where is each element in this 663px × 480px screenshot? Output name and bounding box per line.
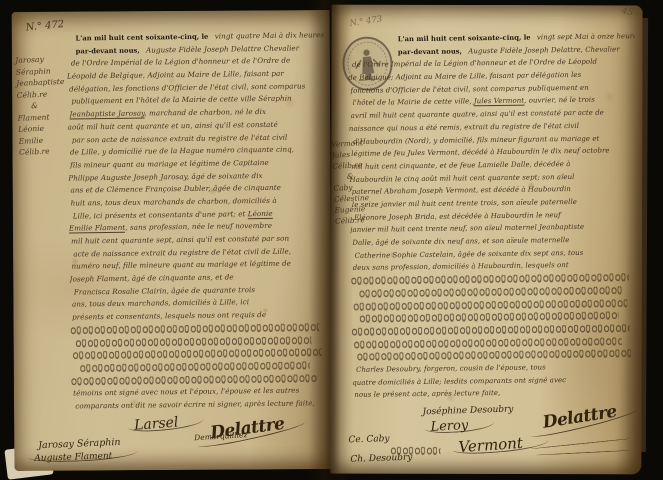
handwritten-line: comparants ont dit ne savoir écrire ni s… xyxy=(75,397,330,413)
corner-page-mark: 45 xyxy=(620,6,633,18)
margin-name: Jeanbaptiste xyxy=(16,76,68,90)
printed-opening: par-devant nous, xyxy=(398,47,462,56)
handwritten-date: vingt quatre Mai à dix heures du matin xyxy=(215,30,326,41)
line-text: , sans profession, née le neuf novembre xyxy=(125,221,272,232)
signature-flourish xyxy=(535,450,630,456)
record-number: N.° 472 xyxy=(25,19,64,34)
handwritten-line: nous le présent acte, après lecture fait… xyxy=(354,385,639,401)
bride-name-underlined: Emilie Flament xyxy=(69,223,125,234)
signature-groom: Vermont xyxy=(458,434,524,456)
act-text: L'an mil huit cent soixante-cinq, le vin… xyxy=(350,30,640,402)
officiant-name: Auguste Fidèle Joseph Delattre Chevalier xyxy=(146,43,299,54)
handwritten-date: vingt sept Mai à onze heures du matin xyxy=(537,32,635,42)
line-text: , marchand de charbon, né le dix xyxy=(144,107,266,118)
signature-witness: Ch. Desoubry xyxy=(350,453,412,465)
groom-name-underlined: Jeanbaptiste Jarosay xyxy=(69,109,144,120)
printed-opening: L'an mil huit cent soixante-cinq, le xyxy=(75,33,208,43)
handwritten-center-name: Joséphine Desoubry xyxy=(422,404,513,417)
margin-annotation: Jarosay Séraphin Jeanbaptiste Célib.re &… xyxy=(15,53,71,159)
signature-officiant: Delattre xyxy=(209,414,285,443)
printed-opening: par-devant nous, xyxy=(76,46,140,55)
right-page: N.° 473 45 Vermont Jules Célib.re & Caby… xyxy=(330,5,642,475)
printed-opening: L'an mil huit cent soixante-cinq, le xyxy=(398,34,531,44)
groom-name-underlined: Jules Vermont xyxy=(474,97,524,107)
bride-name-underlined: Léonie xyxy=(248,208,273,218)
signature-officiant: Delattre xyxy=(541,402,618,433)
signature-witness: Larsel xyxy=(134,414,179,433)
margin-name: Célib.re xyxy=(19,145,71,159)
scanned-register-spread: N.° 472 Jarosay Séraphin Jeanbaptiste Cé… xyxy=(0,0,663,480)
signature-witness: Leroy xyxy=(430,418,468,435)
signature-groom: Jarosay Séraphin xyxy=(38,437,121,451)
record-number-faint: N.° 473 xyxy=(349,14,383,28)
act-text: L'an mil huit cent soixante-cinq, le vin… xyxy=(68,29,330,413)
left-page: N.° 472 Jarosay Séraphin Jeanbaptiste Cé… xyxy=(12,10,333,471)
officiant-name: Auguste Fidèle Joseph Delattre, Chevalie… xyxy=(468,45,620,55)
signature-father: Auguste Flament xyxy=(34,451,112,464)
line-text: l'hôtel de la Mairie de cette ville, xyxy=(353,98,474,108)
signature-mother: Ce. Caby xyxy=(348,434,389,445)
line-text: Lille, ici présents et consentants d'une… xyxy=(73,209,248,220)
line-text: , ouvrier, né le trois xyxy=(524,96,595,105)
